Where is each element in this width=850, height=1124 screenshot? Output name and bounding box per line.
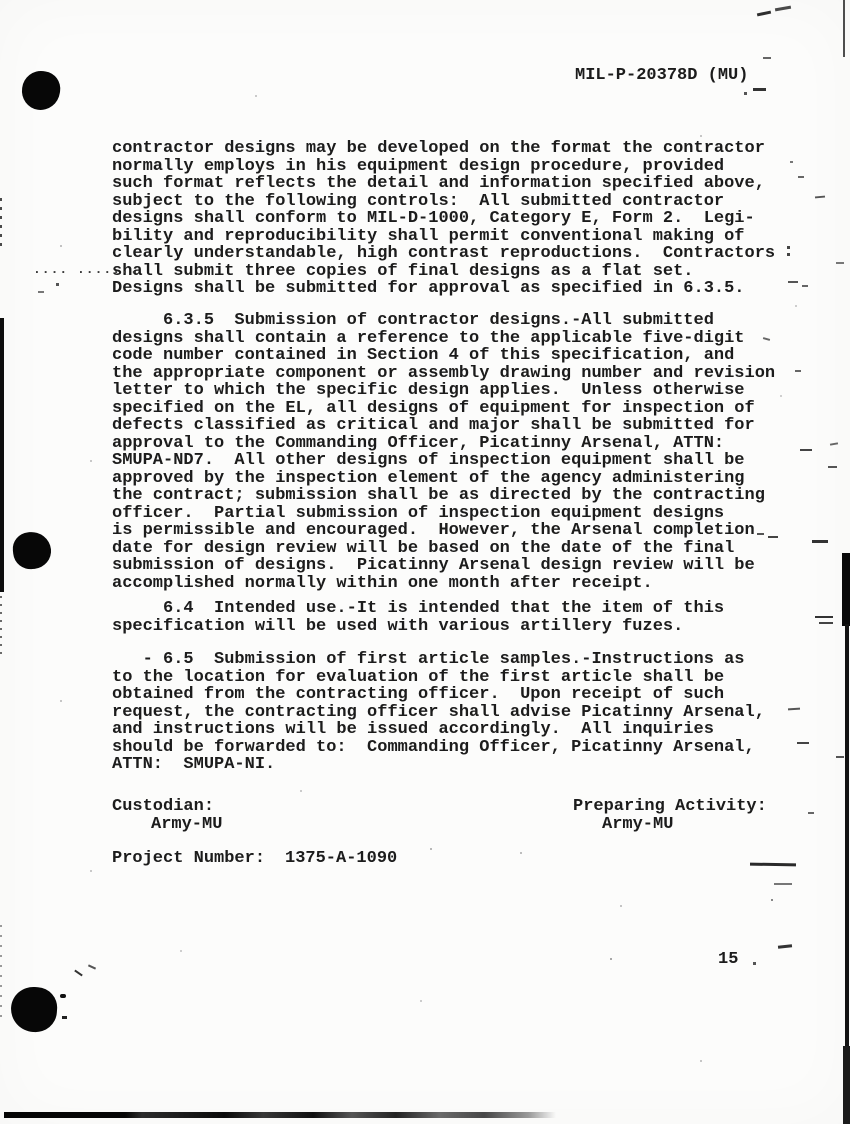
bottom-scan-line bbox=[4, 1112, 556, 1118]
scan-dash bbox=[798, 176, 804, 178]
scan-dash bbox=[819, 622, 833, 624]
preparing-activity-label: Preparing Activity: bbox=[573, 798, 767, 816]
custodian-label: Custodian: bbox=[112, 798, 214, 816]
scan-dash bbox=[836, 262, 844, 264]
scan-dash bbox=[788, 708, 800, 711]
scan-speck bbox=[60, 994, 66, 998]
paper-noise bbox=[0, 0, 2, 2]
page-number: 15 bbox=[718, 951, 738, 969]
project-number-label: Project Number: bbox=[112, 850, 265, 868]
project-number-value: 1375-A-1090 bbox=[285, 850, 397, 868]
scan-speck bbox=[88, 964, 96, 969]
scan-speck bbox=[744, 92, 747, 95]
left-edge-scan-line bbox=[0, 318, 4, 592]
scan-dash bbox=[788, 281, 798, 283]
scan-dash bbox=[802, 285, 808, 287]
scan-speck bbox=[753, 962, 756, 965]
ink-dot-bottom bbox=[9, 985, 58, 1033]
scan-dash bbox=[774, 883, 792, 885]
scan-dash bbox=[795, 370, 801, 372]
left-edge-dashes bbox=[0, 198, 2, 250]
scan-dash bbox=[768, 536, 778, 538]
scan-dash bbox=[797, 742, 809, 744]
scan-dash bbox=[757, 533, 764, 535]
scan-dash bbox=[778, 944, 792, 948]
ink-dot-middle bbox=[11, 530, 53, 571]
paragraph-6-4: 6.4 Intended use.-It is intended that th… bbox=[112, 600, 724, 635]
scan-dash bbox=[800, 449, 812, 451]
preparing-activity-value: Army-MU bbox=[602, 816, 673, 834]
scan-dash bbox=[753, 88, 766, 91]
paragraph-6-3-4-continuation: contractor designs may be developed on t… bbox=[112, 140, 775, 298]
right-edge-scan-line-top bbox=[843, 0, 845, 57]
scan-dash bbox=[815, 616, 833, 618]
right-edge-scan-line bbox=[842, 553, 850, 626]
scan-dash bbox=[830, 442, 838, 445]
margin-dots-artifact: .... ....... bbox=[33, 263, 139, 276]
scan-dash bbox=[757, 11, 771, 17]
scan-dash bbox=[815, 196, 825, 199]
scan-speck bbox=[74, 970, 83, 977]
scan-speck bbox=[62, 1016, 67, 1019]
scan-speck bbox=[787, 246, 790, 249]
scan-dash bbox=[763, 57, 771, 59]
scan-dash bbox=[828, 466, 837, 468]
scan-speck bbox=[787, 253, 790, 256]
scan-dash bbox=[808, 812, 814, 814]
scan-dash-long bbox=[750, 863, 796, 867]
scan-speck bbox=[56, 283, 59, 286]
ink-dot-top bbox=[19, 69, 62, 113]
left-edge-dashes bbox=[0, 925, 2, 1017]
paragraph-6-5: - 6.5 Submission of first article sample… bbox=[112, 651, 765, 774]
scan-dash bbox=[775, 6, 791, 12]
scan-dash bbox=[836, 756, 844, 758]
document-page: MIL-P-20378D (MU) contractor designs may… bbox=[0, 0, 850, 1124]
right-edge-scan-line bbox=[843, 1046, 850, 1124]
scan-dash bbox=[38, 291, 44, 293]
scan-speck bbox=[771, 899, 773, 901]
paragraph-6-3-5: 6.3.5 Submission of contractor designs.-… bbox=[112, 312, 775, 592]
custodian-value: Army-MU bbox=[151, 816, 222, 834]
scan-speck bbox=[790, 161, 793, 163]
scan-dash bbox=[812, 540, 828, 543]
left-edge-dashes bbox=[0, 596, 2, 654]
document-number: MIL-P-20378D (MU) bbox=[575, 67, 748, 85]
